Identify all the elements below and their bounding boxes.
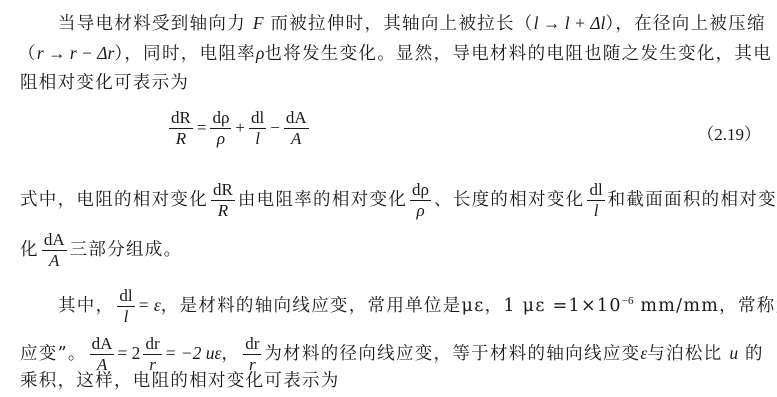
- math-poisson-u: u: [729, 343, 738, 363]
- fraction-dR-R: dRR: [211, 180, 235, 221]
- equals-sign: =: [197, 118, 207, 137]
- paragraph-3-line-1: 其中，dll= ε，是材料的轴向线应变，常用单位是με，1 με =1×10−6…: [58, 286, 777, 327]
- text: 三部分组成。: [70, 240, 183, 260]
- minus-sign: −: [270, 118, 280, 137]
- equation-number: （2.19）: [697, 120, 761, 145]
- math-equals-two: = 2: [117, 343, 140, 363]
- text: 其中，: [58, 296, 114, 316]
- text: ，是材料的轴向线应变，常用单位是με，1 με =1×10: [161, 296, 622, 316]
- paragraph-1-line-1: 当导电材料受到轴向力 F 而被拉伸时，其轴向上被拉长（l → l + Δl），在…: [58, 12, 766, 35]
- equation-2-19: dRR=dρρ+dll−dAA: [166, 108, 312, 149]
- fraction-dl-l: dll: [249, 108, 266, 149]
- exponent: −6: [622, 295, 634, 307]
- text: 阻相对变化可表示为: [20, 73, 189, 93]
- math-minus-two-u-epsilon: = −2 uε: [165, 343, 222, 363]
- text: 式中，电阻的相对变化: [20, 190, 208, 210]
- fraction-drho-rho: dρρ: [210, 108, 231, 149]
- text: ），在径向上被压缩: [605, 14, 765, 34]
- plus-sign: +: [235, 118, 245, 137]
- text: 也将发生变化。显然，导电材料的电阻也随之发生变化，其电: [264, 44, 772, 64]
- text: 由电阻率的相对变化: [238, 190, 407, 210]
- text: ），同时，电阻率: [114, 44, 256, 64]
- text: 与泊松比: [647, 344, 722, 364]
- fraction-dl-l: dll: [117, 286, 134, 327]
- math-force-f: F: [253, 13, 264, 33]
- math-radius-change: r → r − Δr: [37, 43, 115, 63]
- fraction-dR-R: dRR: [169, 108, 193, 149]
- text: 应变”。: [20, 344, 87, 364]
- text: 为材料的径向线应变，等于材料的轴向线应变: [264, 344, 640, 364]
- text: 而被拉伸时，其轴向上被拉长（: [270, 14, 533, 34]
- paragraph-1-line-2: （r → r − Δr），同时，电阻率ρ也将发生变化。显然，导电材料的电阻也随之…: [18, 42, 772, 65]
- fraction-dA-A: dAA: [42, 230, 67, 271]
- fraction-dr-r: drr: [143, 334, 161, 375]
- text: 的: [745, 344, 764, 364]
- paragraph-3-line-3: 乘积，这样，电阻的相对变化可表示为: [20, 370, 340, 392]
- text: 化: [20, 240, 39, 260]
- fraction-dA-A: dAA: [284, 108, 309, 149]
- paragraph-3-line-2: 应变”。dAA= 2drr= −2 uε，drr为材料的径向线应变，等于材料的轴…: [20, 334, 764, 375]
- fraction-dA-A: dAA: [90, 334, 115, 375]
- paragraph-1-line-3: 阻相对变化可表示为: [20, 72, 189, 94]
- text: 当导电材料受到轴向力: [58, 14, 246, 34]
- text: 乘积，这样，电阻的相对变化可表示为: [20, 371, 340, 391]
- text: ，: [221, 344, 240, 364]
- math-length-change: l → l + Δl: [534, 13, 606, 33]
- text: （: [18, 44, 37, 64]
- paragraph-2-line-1: 式中，电阻的相对变化dRR由电阻率的相对变化dρρ、长度的相对变化dll和截面面…: [20, 180, 777, 221]
- math-equals-epsilon: = ε: [138, 295, 161, 315]
- text: 和截面面积的相对变: [608, 190, 777, 210]
- fraction-dl-l: dll: [587, 180, 604, 221]
- text: mm/mm，常称为“微: [634, 296, 777, 316]
- fraction-dr-r: drr: [243, 334, 261, 375]
- text: 、长度的相对变化: [434, 190, 584, 210]
- paragraph-2-line-2: 化dAA三部分组成。: [20, 230, 182, 271]
- fraction-drho-rho: dρρ: [410, 180, 431, 221]
